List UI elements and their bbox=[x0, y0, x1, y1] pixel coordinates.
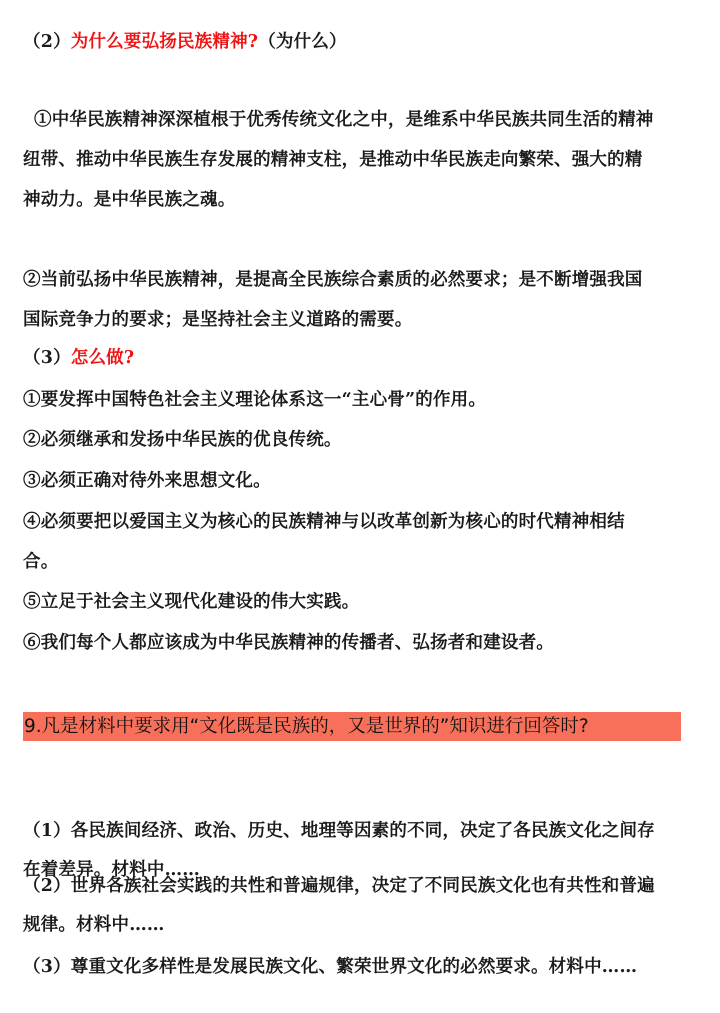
reason-2-line-1: ②当前弘扬中华民族精神，是提高全民族综合素质的必然要求；是不断增强我国 bbox=[23, 268, 643, 292]
section-2-heading: （2）为什么要弘扬民族精神?（为什么） bbox=[23, 30, 347, 54]
section-3-heading: （3）怎么做? bbox=[23, 346, 134, 370]
answer-2-line-1: （2）世界各族社会实践的共性和普遍规律，决定了不同民族文化也有共性和普遍 bbox=[23, 874, 655, 898]
section-3-title: 怎么做? bbox=[71, 348, 135, 368]
action-item-5: ⑤立足于社会主义现代化建设的伟大实践。 bbox=[23, 590, 359, 614]
action-item-4-line-2: 合。 bbox=[23, 550, 58, 574]
answer-1-line-1: （1）各民族间经济、政治、历史、地理等因素的不同，决定了各民族文化之间存 bbox=[23, 819, 655, 843]
section-2-suffix: （为什么） bbox=[258, 32, 347, 52]
question-9-heading: 9.凡是材料中要求用“文化既是民族的，又是世界的”知识进行回答时? bbox=[23, 712, 681, 741]
reason-2-line-2: 国际竞争力的要求；是坚持社会主义道路的需要。 bbox=[23, 308, 412, 332]
action-item-6: ⑥我们每个人都应该成为中华民族精神的传播者、弘扬者和建设者。 bbox=[23, 631, 554, 655]
section-2-number: （2） bbox=[23, 32, 71, 52]
reason-1-line-3: 神动力。是中华民族之魂。 bbox=[23, 188, 235, 212]
section-2-title: 为什么要弘扬民族精神? bbox=[71, 32, 258, 52]
action-item-4-line-1: ④必须要把以爱国主义为核心的民族精神与以改革创新为核心的时代精神相结 bbox=[23, 510, 625, 534]
answer-2-line-2: 规律。材料中…… bbox=[23, 913, 165, 937]
reason-1-line-2: 纽带、推动中华民族生存发展的精神支柱，是推动中华民族走向繁荣、强大的精 bbox=[23, 148, 643, 172]
action-item-1: ①要发挥中国特色社会主义理论体系这一“主心骨”的作用。 bbox=[23, 388, 486, 412]
action-item-2: ②必须继承和发扬中华民族的优良传统。 bbox=[23, 428, 342, 452]
answer-3: （3）尊重文化多样性是发展民族文化、繁荣世界文化的必然要求。材料中…… bbox=[23, 955, 637, 979]
reason-1-line-1: ①中华民族精神深深植根于优秀传统文化之中，是维系中华民族共同生活的精神 bbox=[34, 108, 654, 132]
action-item-3: ③必须正确对待外来思想文化。 bbox=[23, 469, 271, 493]
section-3-number: （3） bbox=[23, 348, 71, 368]
